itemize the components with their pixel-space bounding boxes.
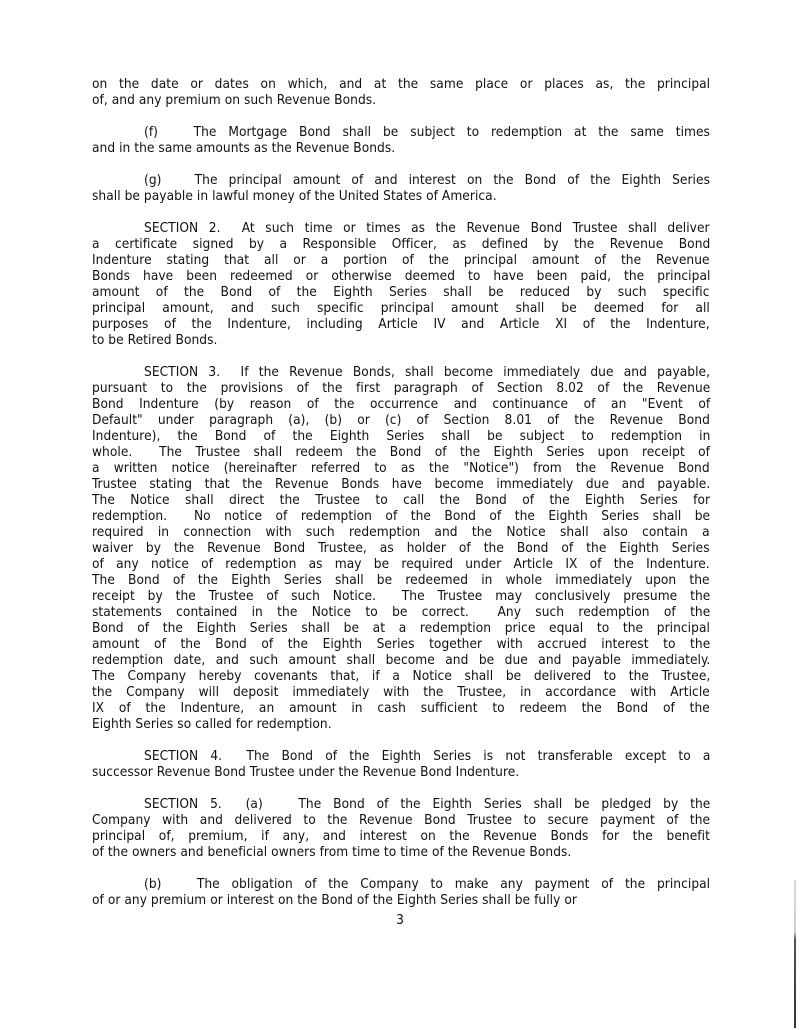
text-line: Trustee stating that the Revenue Bonds h… — [92, 476, 710, 492]
paragraph-section-5a: SECTION 5. (a) The Bond of the Eighth Se… — [92, 796, 710, 860]
text-line: IX of the Indenture, an amount in cash s… — [92, 700, 710, 716]
text-line: (b) The obligation of the Company to mak… — [92, 876, 710, 892]
paragraph-f: (f) The Mortgage Bond shall be subject t… — [92, 124, 710, 156]
document-page: on the date or dates on which, and at th… — [92, 76, 710, 924]
paragraph-section-4: SECTION 4. The Bond of the Eighth Series… — [92, 748, 710, 780]
text-line: receipt by the Trustee of such Notice. T… — [92, 588, 710, 604]
text-line: to be Retired Bonds. — [92, 332, 710, 348]
text-line: a written notice (hereinafter referred t… — [92, 460, 710, 476]
text-line: SECTION 4. The Bond of the Eighth Series… — [92, 748, 710, 764]
text-line: amount of the Bond of the Eighth Series … — [92, 284, 710, 300]
text-line: principal amount, and such specific prin… — [92, 300, 710, 316]
text-line: of the owners and beneficial owners from… — [92, 844, 710, 860]
text-line: SECTION 3. If the Revenue Bonds, shall b… — [92, 364, 710, 380]
paragraph-cont: on the date or dates on which, and at th… — [92, 76, 710, 108]
paragraph-section-5b: (b) The obligation of the Company to mak… — [92, 876, 710, 908]
text-line: The Company hereby covenants that, if a … — [92, 668, 710, 684]
text-line: required in connection with such redempt… — [92, 524, 710, 540]
page-number: 3 — [0, 912, 800, 928]
text-line: SECTION 5. (a) The Bond of the Eighth Se… — [92, 796, 710, 812]
text-line: of any notice of redemption as may be re… — [92, 556, 710, 572]
text-line: SECTION 2. At such time or times as the … — [92, 220, 710, 236]
text-line: redemption date, and such amount shall b… — [92, 652, 710, 668]
text-line: amount of the Bond of the Eighth Series … — [92, 636, 710, 652]
paragraph-section-2: SECTION 2. At such time or times as the … — [92, 220, 710, 348]
scan-artifact-edge-line — [794, 880, 796, 1028]
text-line: and in the same amounts as the Revenue B… — [92, 140, 710, 156]
text-line: Default" under paragraph (a), (b) or (c)… — [92, 412, 710, 428]
text-line: The Bond of the Eighth Series shall be r… — [92, 572, 710, 588]
text-line: Indenture stating that all or a portion … — [92, 252, 710, 268]
text-line: purposes of the Indenture, including Art… — [92, 316, 710, 332]
text-line: a certificate signed by a Responsible Of… — [92, 236, 710, 252]
text-line: principal of, premium, if any, and inter… — [92, 828, 710, 844]
text-line: The Notice shall direct the Trustee to c… — [92, 492, 710, 508]
text-line: Bonds have been redeemed or otherwise de… — [92, 268, 710, 284]
text-line: whole. The Trustee shall redeem the Bond… — [92, 444, 710, 460]
text-line: Indenture), the Bond of the Eighth Serie… — [92, 428, 710, 444]
text-line: Bond Indenture (by reason of the occurre… — [92, 396, 710, 412]
text-line: Eighth Series so called for redemption. — [92, 716, 710, 732]
paragraph-section-3: SECTION 3. If the Revenue Bonds, shall b… — [92, 364, 710, 732]
text-line: shall be payable in lawful money of the … — [92, 188, 710, 204]
paragraph-g: (g) The principal amount of and interest… — [92, 172, 710, 204]
text-line: waiver by the Revenue Bond Trustee, as h… — [92, 540, 710, 556]
text-line: (f) The Mortgage Bond shall be subject t… — [92, 124, 710, 140]
text-line: pursuant to the provisions of the first … — [92, 380, 710, 396]
text-line: statements contained in the Notice to be… — [92, 604, 710, 620]
text-line: (g) The principal amount of and interest… — [92, 172, 710, 188]
text-line: of or any premium or interest on the Bon… — [92, 892, 710, 908]
text-line: successor Revenue Bond Trustee under the… — [92, 764, 710, 780]
text-line: of, and any premium on such Revenue Bond… — [92, 92, 710, 108]
text-line: Bond of the Eighth Series shall be at a … — [92, 620, 710, 636]
text-line: on the date or dates on which, and at th… — [92, 76, 710, 92]
text-line: Company with and delivered to the Revenu… — [92, 812, 710, 828]
text-line: redemption. No notice of redemption of t… — [92, 508, 710, 524]
text-line: the Company will deposit immediately wit… — [92, 684, 710, 700]
